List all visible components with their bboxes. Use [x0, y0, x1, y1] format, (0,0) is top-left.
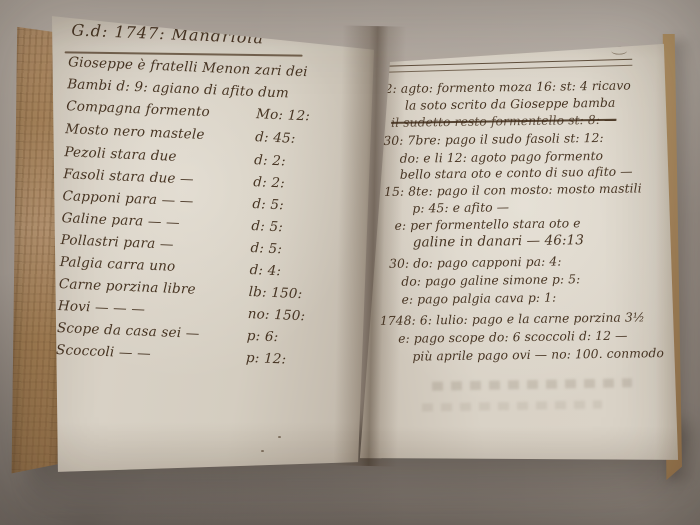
line-value: Mo: 12:: [256, 106, 311, 124]
ledger-line: e: per formentello stara oto e: [394, 216, 580, 233]
line-value: lb: 150:: [248, 284, 302, 302]
line-value: p: 12:: [246, 350, 287, 368]
line-value: d: 2:: [253, 174, 285, 191]
gutter-shadow: [333, 25, 406, 466]
line-value: no: 150:: [247, 306, 305, 324]
ledger-line: p: 45: e afito —: [412, 200, 509, 215]
line-value: d: 5:: [251, 218, 283, 235]
line-value: d: 5:: [252, 196, 284, 213]
ledger-line: 30: do: pago capponi pa: 4:: [389, 255, 562, 271]
ledger-line: e: pago palgia cava p: 1:: [402, 291, 557, 307]
ledger-line: galine in danari — 46:13: [413, 232, 584, 250]
line-value: d: 2:: [254, 152, 286, 169]
photo-manuscript-book: G.d: 1747: Mandriola Gioseppe è fratelli…: [0, 0, 700, 525]
line-value: d: 5:: [250, 240, 282, 257]
ledger-line: do: e li 12: agoto pago formento: [400, 149, 604, 166]
line-value: d: 45:: [255, 129, 296, 147]
ink-speck: [261, 450, 264, 452]
ledger-line: do: pago galine simone p: 5:: [401, 272, 580, 288]
line-value: d: 4:: [249, 262, 281, 279]
left-page: G.d: 1747: Mandriola Gioseppe è fratelli…: [46, 10, 378, 478]
ink-speck: [278, 436, 281, 438]
ledger-line: la soto scrito da Gioseppe bamba: [405, 96, 616, 113]
line-value: p: 6:: [247, 328, 279, 345]
